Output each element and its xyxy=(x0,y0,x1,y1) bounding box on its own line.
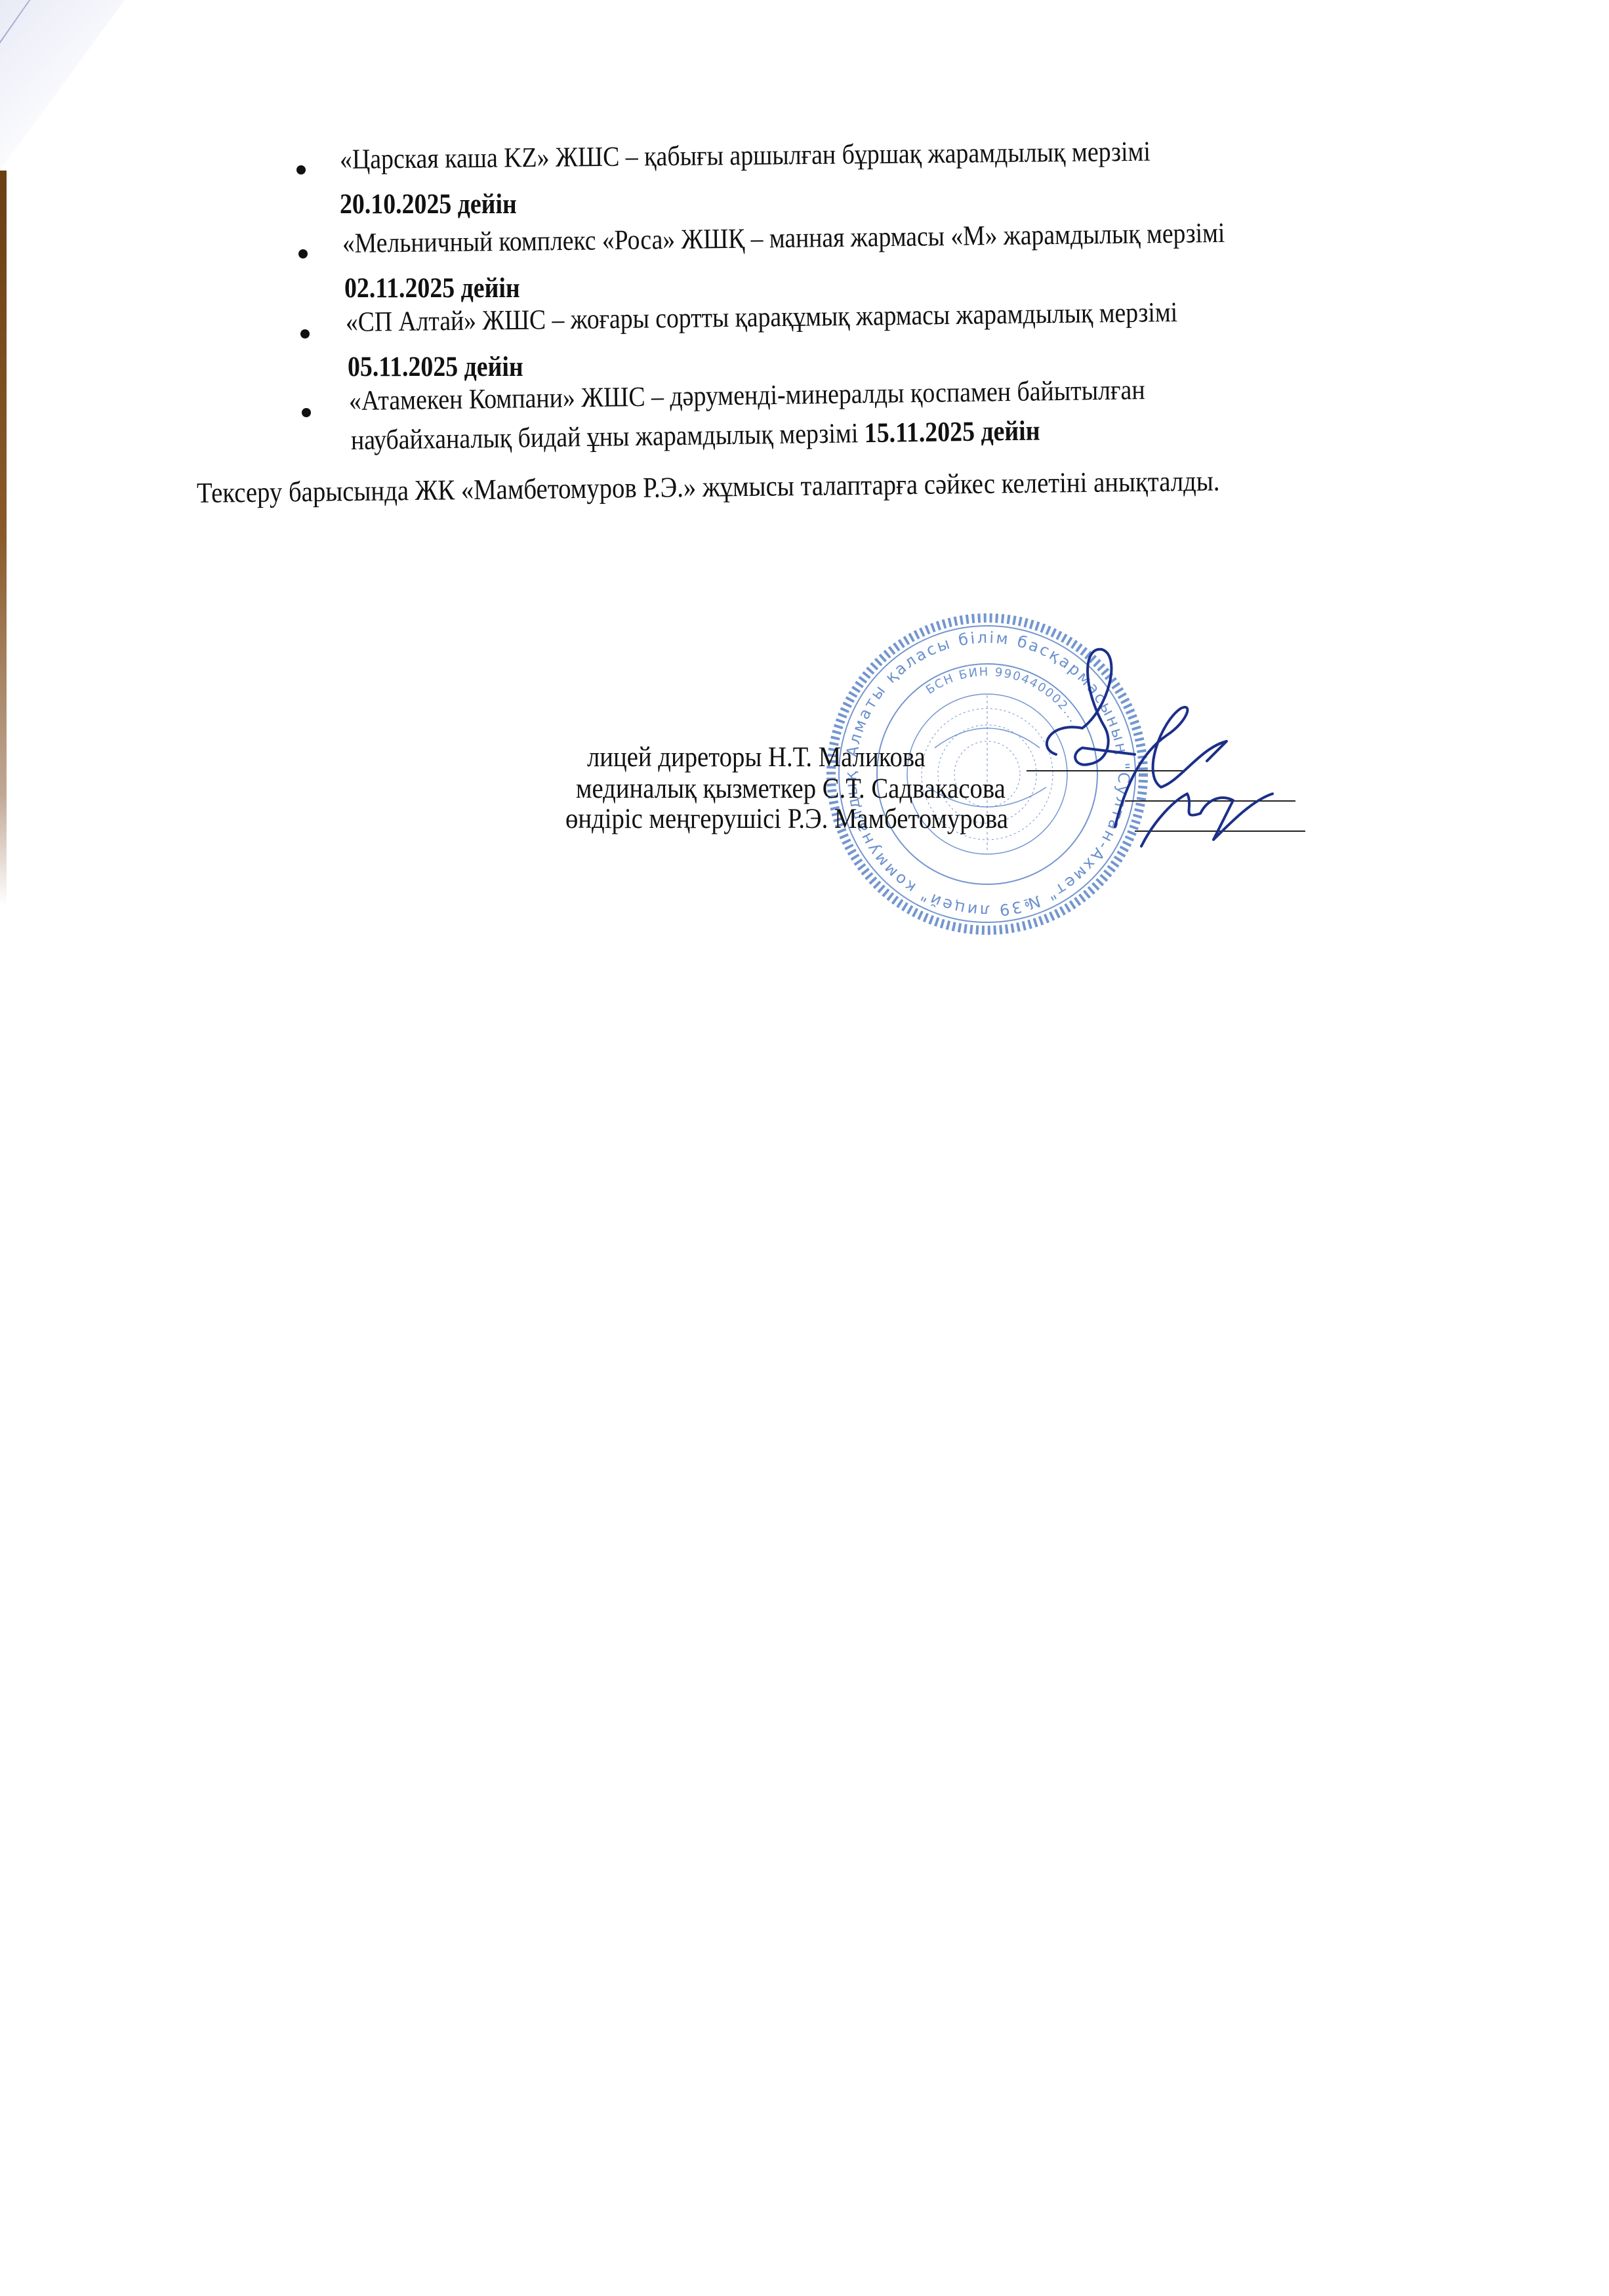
table-surface-edge xyxy=(0,171,7,905)
bullet-icon xyxy=(300,329,310,338)
bullet-icon xyxy=(302,408,311,417)
folded-corner-shadow xyxy=(0,0,125,171)
inspection-conclusion: Тексеру барысында ЖК «Мамбетомуров Р.Э.»… xyxy=(197,464,1220,510)
list-item-continuation-text: наубайханалық бидай ұны жарамдылық мерзі… xyxy=(351,418,859,456)
list-item-date: 02.11.2025 дейін xyxy=(344,274,520,302)
list-item-date: 05.11.2025 дейін xyxy=(348,353,523,381)
list-item-text: «Царская каша KZ» ЖШС – қабығы аршылған … xyxy=(340,138,1151,174)
bullet-icon xyxy=(296,165,306,174)
list-item-text: «Мельничный комплекс «Роса» ЖШҚ – манная… xyxy=(342,219,1225,258)
signatory-medical: мединалық қызметкер С.Т. Садвакасова xyxy=(576,773,1006,805)
list-item-date: 15.11.2025 дейін xyxy=(865,415,1040,449)
signatory-production: өндіріс меңгерушісі Р.Э. Мамбетомурова xyxy=(565,803,1008,835)
bullet-icon xyxy=(298,249,308,258)
list-item-date: 20.10.2025 дейін xyxy=(340,190,517,218)
handwritten-signatures-icon xyxy=(1010,630,1312,892)
list-item-text: «СП Алтай» ЖШС – жоғары сортты қарақұмық… xyxy=(346,298,1177,337)
list-item-continuation: наубайханалық бидай ұны жарамдылық мерзі… xyxy=(351,417,1040,455)
signatory-director: лицей диреторы Н.Т. Маликова xyxy=(587,741,926,773)
